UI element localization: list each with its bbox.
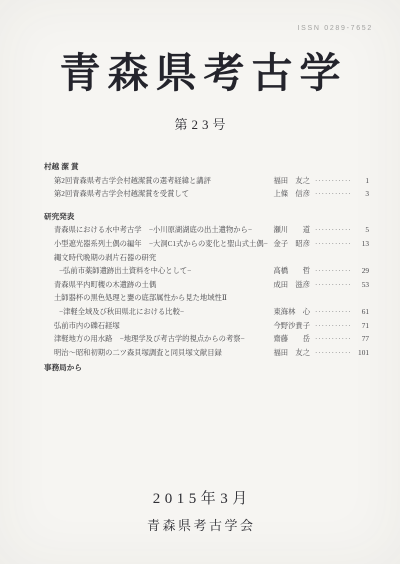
toc-entry: 弘前市内の礫石経塚 今野沙貴子 71 [44,319,369,333]
toc-entry: 第2回青森県考古学会村越潔賞を受賞して 上條 信彦 3 [44,187,369,201]
section-header-secretariat: 事務局から [44,361,369,375]
publication-date: 2015年3月 [0,487,400,508]
issue-number: 第23号 [0,114,400,133]
section-header-murakoshi-award: 村越 潔 賞 [44,160,369,174]
journal-cover-page: ISSN 0289-7652 青森県考古学 第23号 村越 潔 賞 第2回青森県… [0,0,400,564]
toc-entry: 青森県における水中考古学 −小川原湖湖底の出土遺物から− 瀬川 道 5 [44,223,369,237]
toc-entry-subtitle-line: −津軽全域及び秋田県北における比較− 東海林 心 61 [44,305,369,319]
entry-page-number: 29 [355,264,369,278]
entry-author: 今野沙貴子 [274,319,310,333]
entry-title: 弘前市内の礫石経塚 [44,319,120,333]
entry-author: 福田 友之 [274,346,310,360]
entry-page-number: 101 [355,346,369,360]
toc-entry: 第2回青森県考古学会村越潔賞の選考経緯と講評 福田 友之 1 [44,174,369,188]
entry-title: 縄文時代晩期の剥片石器の研究 [44,251,156,265]
dot-leader [315,265,352,275]
dot-leader [315,306,352,316]
dot-leader [315,279,352,289]
entry-page-number: 71 [355,319,369,333]
dot-leader [315,224,352,234]
dot-leader [315,333,352,343]
entry-title: 津軽地方の用水路 −地理学及び考古学的視点からの考察− [44,332,245,346]
entry-page-number: 77 [355,332,369,346]
entry-author: 金子 昭彦 [274,237,310,251]
dot-leader [315,347,352,357]
toc-entry: 明治〜昭和初期の二ツ森貝塚調査と同貝塚文献目録 福田 友之 101 [44,346,369,360]
entry-title: 明治〜昭和初期の二ツ森貝塚調査と同貝塚文献目録 [44,346,222,360]
section-header-research-presentations: 研究発表 [44,210,369,224]
issn-number: ISSN 0289-7652 [297,25,373,32]
entry-page-number: 61 [355,305,369,319]
dot-leader [315,238,352,248]
entry-author: 成田 滋彦 [274,278,310,292]
entry-subtitle: −津軽全域及び秋田県北における比較− [44,305,184,319]
dot-leader [315,188,352,198]
journal-title: 青森県考古学 [0,49,400,98]
toc-entry: 小型遮光器系列土偶の編年 −大洞C1式からの変化と聖山式土偶− 金子 昭彦 13 [44,237,369,251]
entry-title: 土師器杯の黒色処理と甕の底部属性から見た地域性Ⅱ [44,291,227,305]
toc-entry: 青森県平内町槻の木遺跡の土偶 成田 滋彦 53 [44,278,369,292]
entry-title: 小型遮光器系列土偶の編年 −大洞C1式からの変化と聖山式土偶− [44,237,268,251]
entry-author: 瀬川 道 [274,223,310,237]
entry-page-number: 1 [355,174,369,188]
entry-title: 第2回青森県考古学会村越潔賞を受賞して [44,187,189,201]
table-of-contents: 村越 潔 賞 第2回青森県考古学会村越潔賞の選考経緯と講評 福田 友之 1 第2… [44,160,369,375]
dot-leader [315,175,352,185]
publisher-name: 青森県考古学会 [0,515,400,534]
entry-page-number: 3 [355,187,369,201]
entry-author: 上條 信彦 [274,187,310,201]
entry-subtitle: −弘前市薬師遺跡出土資料を中心として− [44,264,191,278]
dot-leader [315,320,352,330]
entry-author: 高橋 哲 [274,264,310,278]
toc-entry: 縄文時代晩期の剥片石器の研究 [44,251,369,265]
toc-entry-subtitle-line: −弘前市薬師遺跡出土資料を中心として− 高橋 哲 29 [44,264,369,278]
entry-title: 青森県平内町槻の木遺跡の土偶 [44,278,156,292]
entry-author: 福田 友之 [274,174,310,188]
entry-page-number: 53 [355,278,369,292]
toc-entry: 土師器杯の黒色処理と甕の底部属性から見た地域性Ⅱ [44,291,369,305]
entry-page-number: 13 [355,237,369,251]
entry-author: 東海林 心 [274,305,310,319]
entry-author: 齋藤 岳 [274,332,310,346]
entry-page-number: 5 [355,223,369,237]
entry-title: 第2回青森県考古学会村越潔賞の選考経緯と講評 [44,174,211,188]
entry-title: 青森県における水中考古学 −小川原湖湖底の出土遺物から− [44,223,252,237]
toc-entry: 津軽地方の用水路 −地理学及び考古学的視点からの考察− 齋藤 岳 77 [44,332,369,346]
